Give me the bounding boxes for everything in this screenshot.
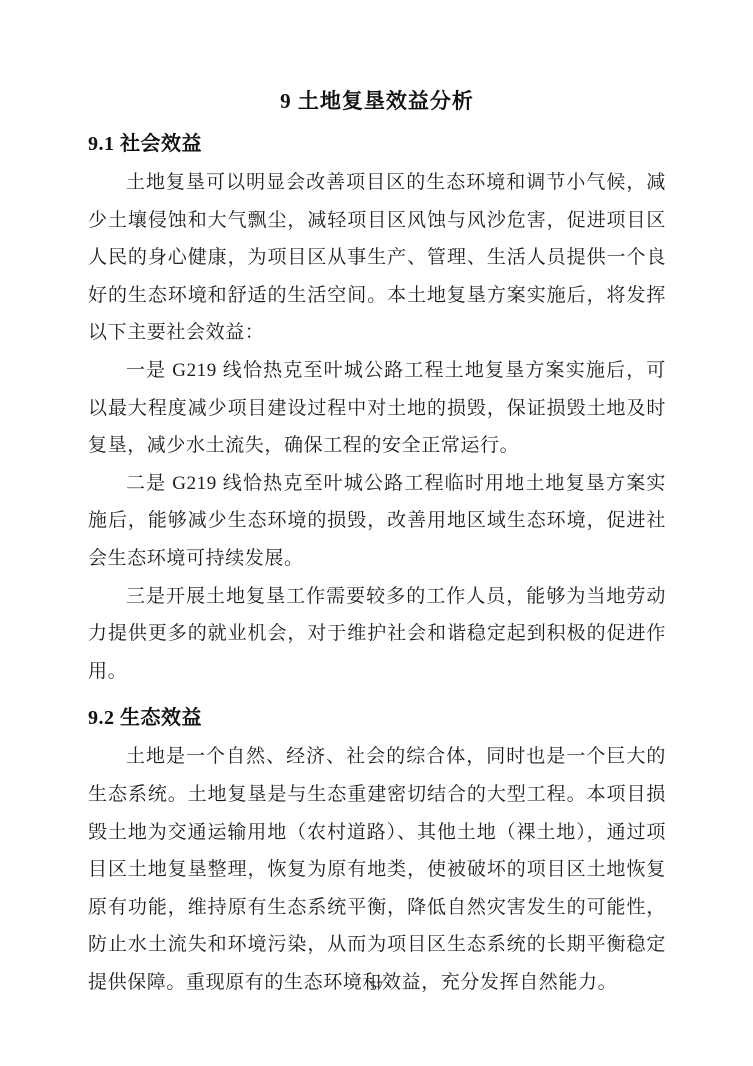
paragraph-social-benefit-intro: 土地复垦可以明显会改善项目区的生态环境和调节小气候，减少土壤侵蚀和大气飘尘，减轻…	[88, 164, 666, 352]
paragraph-social-benefit-third: 三是开展土地复垦工作需要较多的工作人员，能够为当地劳动力提供更多的就业机会，对于…	[88, 578, 666, 691]
page-number: 57	[0, 978, 753, 994]
section-heading-9-1: 9.1 社会效益	[88, 130, 666, 158]
paragraph-ecological-benefit: 土地是一个自然、经济、社会的综合体，同时也是一个巨大的生态系统。土地复垦是与生态…	[88, 738, 666, 1001]
page-title: 9 土地复垦效益分析	[88, 86, 666, 116]
paragraph-social-benefit-second: 二是 G219 线恰热克至叶城公路工程临时用地土地复垦方案实施后，能够减少生态环…	[88, 465, 666, 578]
paragraph-social-benefit-first: 一是 G219 线恰热克至叶城公路工程土地复垦方案实施后，可以最大程度减少项目建…	[88, 352, 666, 465]
section-heading-9-2: 9.2 生态效益	[88, 704, 666, 732]
document-page: 9 土地复垦效益分析 9.1 社会效益 土地复垦可以明显会改善项目区的生态环境和…	[0, 0, 753, 1066]
